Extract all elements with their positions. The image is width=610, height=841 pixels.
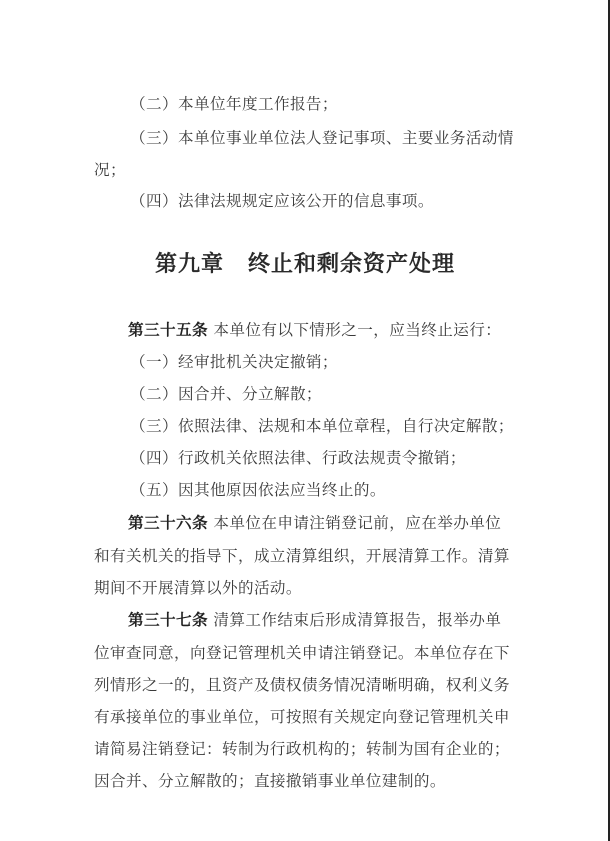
list-item: （三）依照法律、法规和本单位章程，自行决定解散； [130, 414, 514, 436]
chapter-number: 第九章 [155, 252, 224, 277]
list-item: （五）因其他原因依法应当终止的。 [130, 478, 386, 500]
article-label: 第三十五条 [128, 321, 208, 339]
chapter-title: 终止和剩余资产处理 [248, 252, 455, 277]
article-text: 本单位在申请注销登记前，应在举办单位 [213, 514, 501, 532]
chapter-heading: 第九章终止和剩余资产处理 [0, 247, 610, 278]
text-line: 因合并、分立解散的；直接撤销事业单位建制的。 [94, 769, 446, 791]
list-item: （四）行政机关依照法律、行政法规责令撤销； [130, 446, 466, 468]
text-line: （三）本单位事业单位法人登记事项、主要业务活动情 [130, 126, 514, 148]
article-37: 第三十七条 清算工作结束后形成清算报告，报举办单 [128, 608, 501, 630]
article-label: 第三十七条 [128, 611, 208, 629]
article-35: 第三十五条 本单位有以下情形之一，应当终止运行： [128, 318, 501, 340]
article-text: 清算工作结束后形成清算报告，报举办单 [213, 611, 501, 629]
article-text: 本单位有以下情形之一，应当终止运行： [213, 321, 501, 339]
list-item: （一）经审批机关决定撤销； [130, 350, 338, 372]
text-line: （二）本单位年度工作报告； [130, 92, 338, 114]
text-line: 期间不开展清算以外的活动。 [94, 576, 302, 598]
text-line: 请简易注销登记：转制为行政机构的；转制为国有企业的； [94, 737, 510, 759]
article-label: 第三十六条 [128, 514, 208, 532]
text-line: 和有关机关的指导下，成立清算组织，开展清算工作。清算 [94, 544, 510, 566]
article-36: 第三十六条 本单位在申请注销登记前，应在举办单位 [128, 511, 501, 533]
text-line: 位审查同意，向登记管理机关申请注销登记。本单位存在下 [94, 641, 510, 663]
text-line: （四）法律法规规定应该公开的信息事项。 [130, 189, 434, 211]
text-line: 列情形之一的，且资产及债权债务情况清晰明确，权利义务 [94, 673, 510, 695]
text-line: 有承接单位的事业单位，可按照有关规定向登记管理机关申 [94, 705, 510, 727]
text-line: 况； [94, 158, 126, 180]
list-item: （二）因合并、分立解散； [130, 382, 322, 404]
